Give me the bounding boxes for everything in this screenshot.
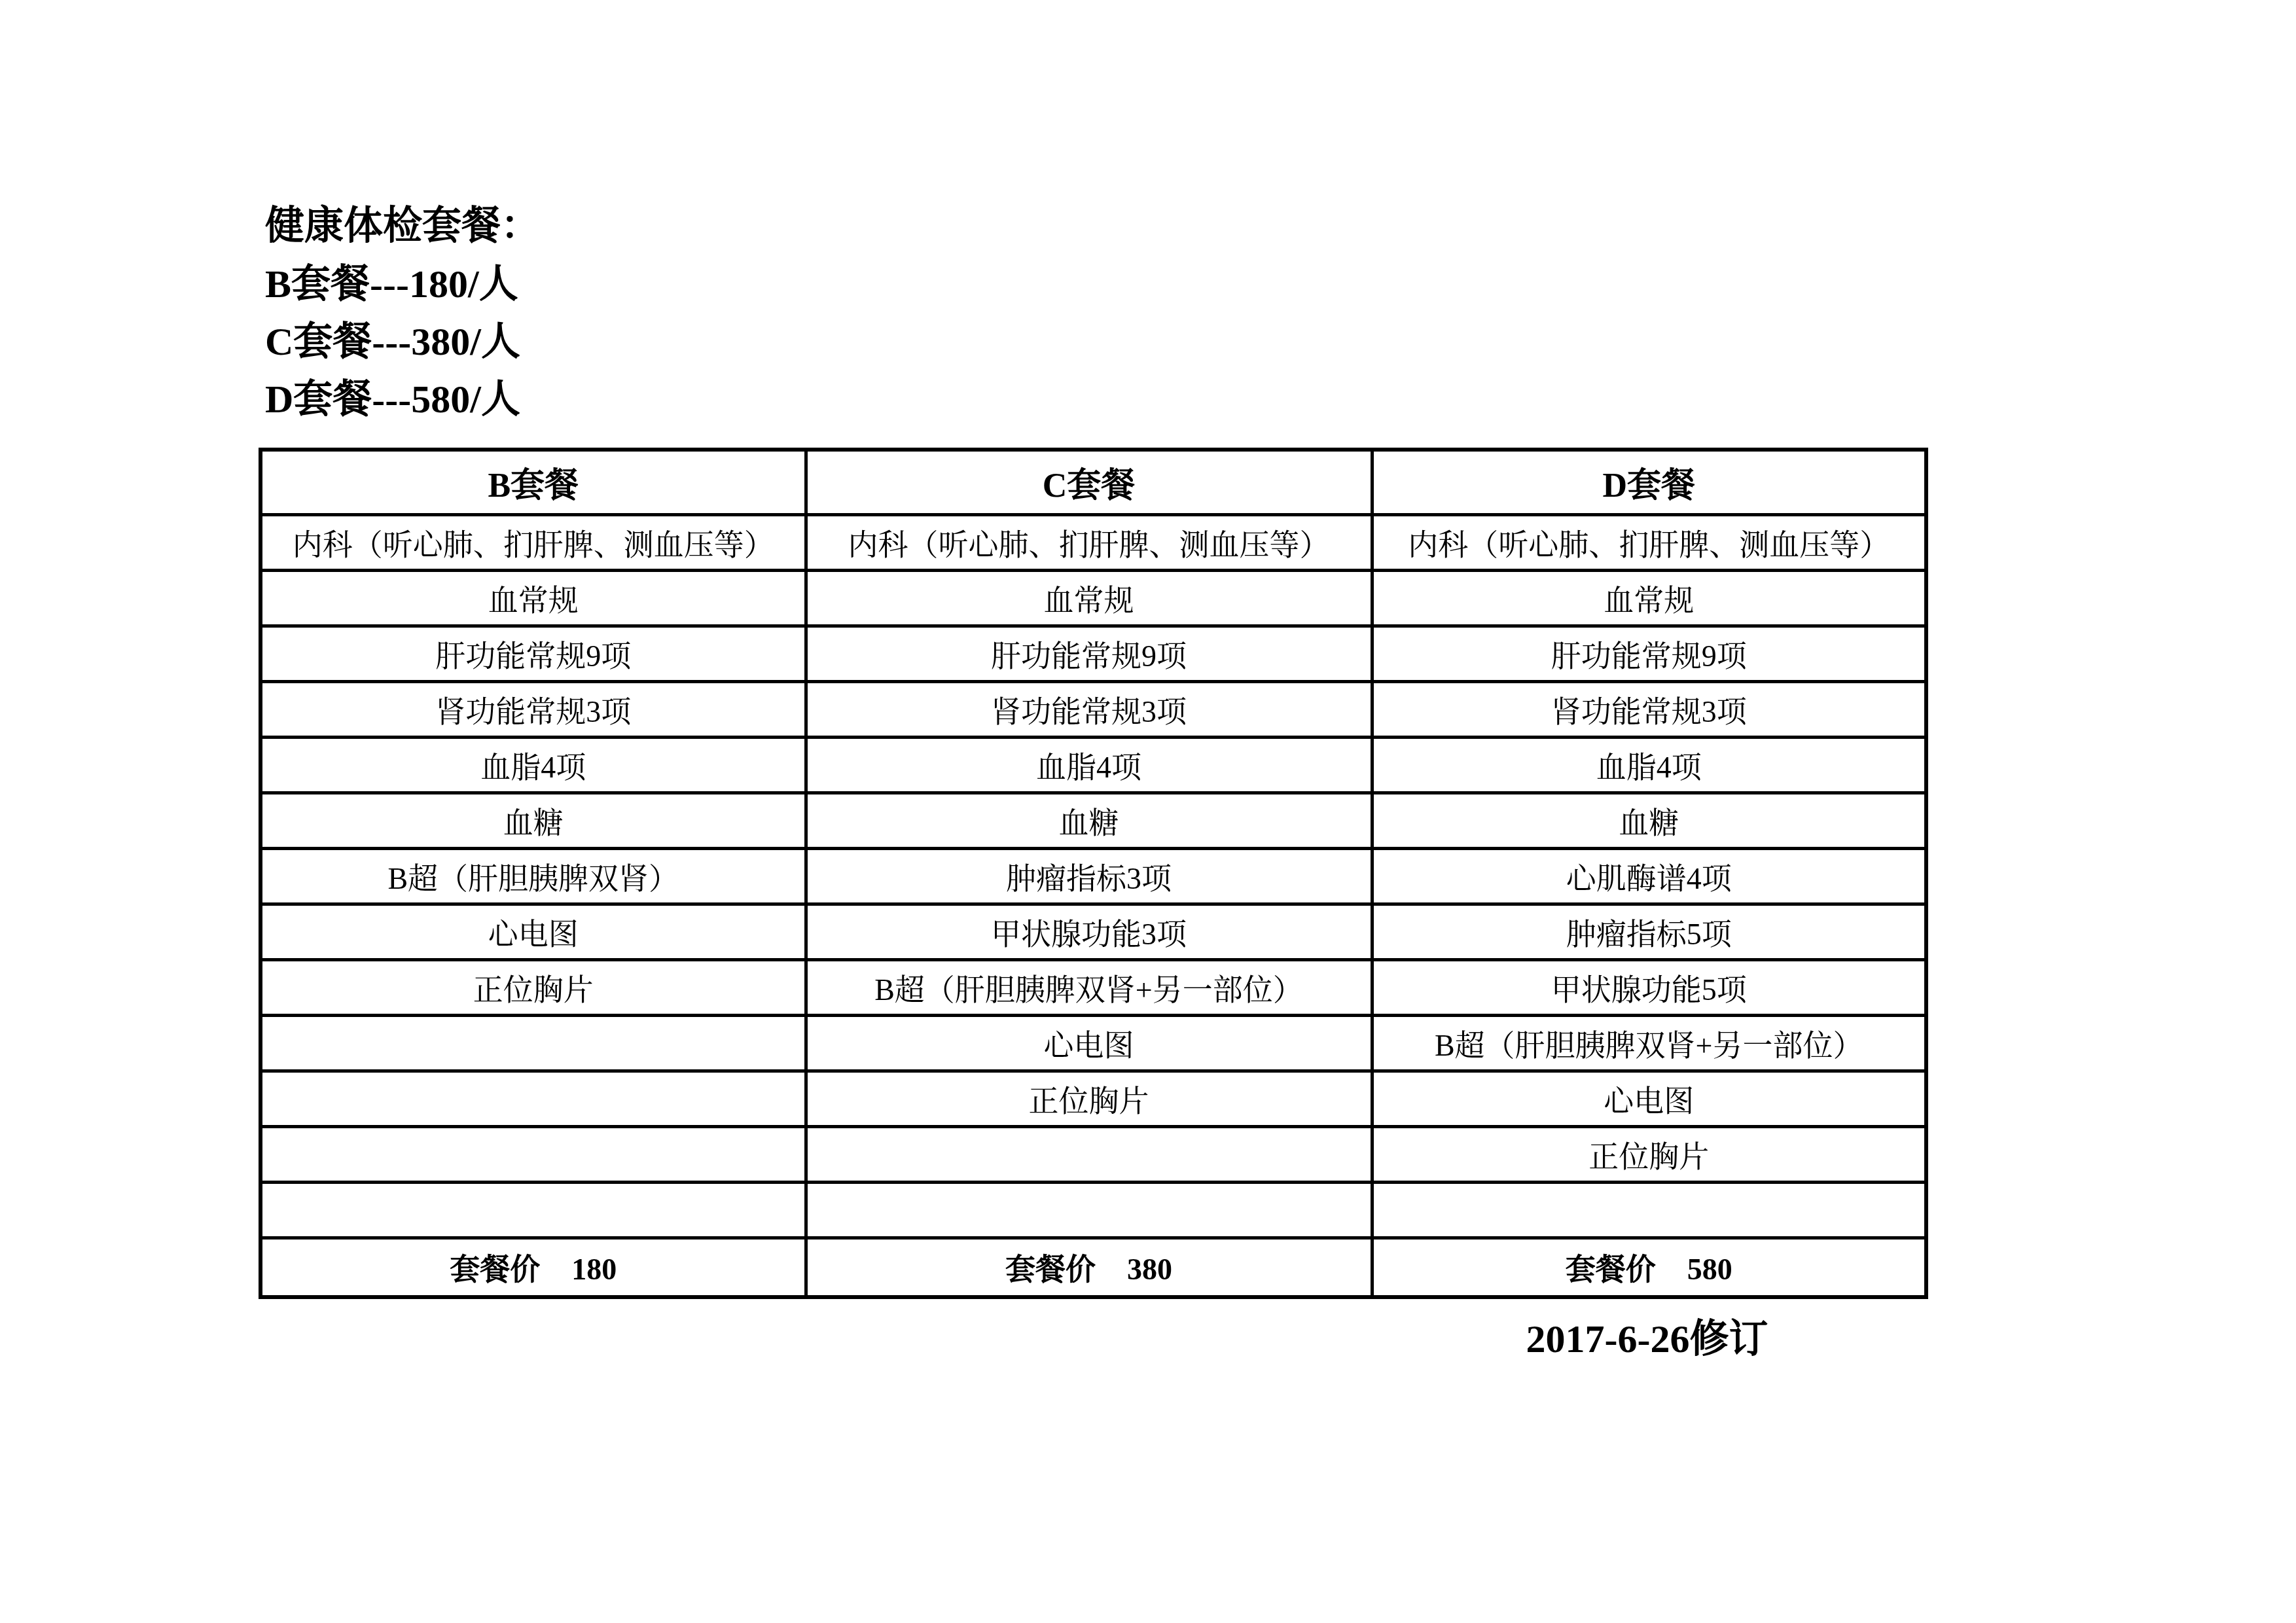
table-row: 肝功能常规9项 肝功能常规9项 肝功能常规9项: [260, 626, 1926, 681]
table-row: 正位胸片 心电图: [260, 1071, 1926, 1126]
table-cell: 正位胸片: [260, 959, 806, 1015]
document-page: 健康体检套餐： B套餐---180/人 C套餐---380/人 D套餐---58…: [0, 0, 2296, 1623]
table-cell: [260, 1015, 806, 1071]
table-row: 心电图 B超（肝胆胰脾双肾+另一部位）: [260, 1015, 1926, 1071]
package-d-header: D套餐: [1372, 450, 1926, 514]
package-b-price-line: B套餐---180/人: [265, 255, 540, 313]
table-cell: 正位胸片: [1372, 1126, 1926, 1182]
package-c-price-line: C套餐---380/人: [265, 313, 540, 370]
price-label: 套餐价: [1566, 1253, 1656, 1286]
table-cell: 肝功能常规9项: [806, 626, 1372, 681]
package-c-price-cell: 套餐价380: [806, 1238, 1372, 1297]
package-table: B套餐 C套餐 D套餐 内科（听心肺、扪肝脾、测血压等） 内科（听心肺、扪肝脾、…: [259, 448, 1928, 1299]
table-cell: 内科（听心肺、扪肝脾、测血压等）: [260, 514, 806, 570]
table-cell: B超（肝胆胰脾双肾+另一部位）: [806, 959, 1372, 1015]
table-cell: 内科（听心肺、扪肝脾、测血压等）: [806, 514, 1372, 570]
package-b-header: B套餐: [260, 450, 806, 514]
table-cell: 肾功能常规3项: [260, 681, 806, 737]
price-label: 套餐价: [450, 1253, 540, 1286]
table-cell: 肝功能常规9项: [260, 626, 806, 681]
price-value: 380: [1127, 1253, 1172, 1286]
table-row: 肾功能常规3项 肾功能常规3项 肾功能常规3项: [260, 681, 1926, 737]
table-cell: 心电图: [806, 1015, 1372, 1071]
table-cell: 血糖: [260, 793, 806, 848]
table-cell: 甲状腺功能3项: [806, 904, 1372, 959]
table-cell: 内科（听心肺、扪肝脾、测血压等）: [1372, 514, 1926, 570]
footer-zone: 2017-6-26修订: [1370, 1311, 1924, 1366]
table-row: B超（肝胆胰脾双肾） 肿瘤指标3项 心肌酶谱4项: [260, 848, 1926, 904]
package-d-price-cell: 套餐价580: [1372, 1238, 1926, 1297]
table-cell: 正位胸片: [806, 1071, 1372, 1126]
price-value: 580: [1687, 1253, 1732, 1286]
intro-block: 健康体检套餐： B套餐---180/人 C套餐---380/人 D套餐---58…: [265, 196, 540, 428]
revision-date: 2017-6-26修订: [1370, 1311, 1924, 1366]
table-cell: 肾功能常规3项: [806, 681, 1372, 737]
table-cell: [806, 1182, 1372, 1238]
table-cell: 心肌酶谱4项: [1372, 848, 1926, 904]
table-cell: 心电图: [260, 904, 806, 959]
table-cell: 肝功能常规9项: [1372, 626, 1926, 681]
table-cell: 肾功能常规3项: [1372, 681, 1926, 737]
table-row: 心电图 甲状腺功能3项 肿瘤指标5项: [260, 904, 1926, 959]
table-row: 血糖 血糖 血糖: [260, 793, 1926, 848]
table-cell: 血常规: [260, 570, 806, 626]
table-cell: 肿瘤指标3项: [806, 848, 1372, 904]
package-d-price-line: D套餐---580/人: [265, 370, 540, 428]
table-cell: 甲状腺功能5项: [1372, 959, 1926, 1015]
table-cell: [806, 1126, 1372, 1182]
table-cell: 肿瘤指标5项: [1372, 904, 1926, 959]
table-row: 血常规 血常规 血常规: [260, 570, 1926, 626]
table-cell: 血常规: [1372, 570, 1926, 626]
table-cell: 血脂4项: [1372, 737, 1926, 793]
table-cell: B超（肝胆胰脾双肾+另一部位）: [1372, 1015, 1926, 1071]
package-c-header: C套餐: [806, 450, 1372, 514]
table-cell: B超（肝胆胰脾双肾）: [260, 848, 806, 904]
table-row: 正位胸片: [260, 1126, 1926, 1182]
price-value: 180: [571, 1253, 617, 1286]
table-row: 内科（听心肺、扪肝脾、测血压等） 内科（听心肺、扪肝脾、测血压等） 内科（听心肺…: [260, 514, 1926, 570]
table-cell: 血常规: [806, 570, 1372, 626]
price-label: 套餐价: [1005, 1253, 1096, 1286]
table-cell: [260, 1126, 806, 1182]
table-cell: [260, 1182, 806, 1238]
table-cell: 血糖: [1372, 793, 1926, 848]
table-row: [260, 1182, 1926, 1238]
package-b-price-cell: 套餐价180: [260, 1238, 806, 1297]
table-row: 血脂4项 血脂4项 血脂4项: [260, 737, 1926, 793]
table-cell: [1372, 1182, 1926, 1238]
price-row: 套餐价180 套餐价380 套餐价580: [260, 1238, 1926, 1297]
table-cell: 心电图: [1372, 1071, 1926, 1126]
table-cell: [260, 1071, 806, 1126]
table-cell: 血脂4项: [806, 737, 1372, 793]
page-title: 健康体检套餐：: [265, 196, 540, 255]
table-header-row: B套餐 C套餐 D套餐: [260, 450, 1926, 514]
table-cell: 血糖: [806, 793, 1372, 848]
table-cell: 血脂4项: [260, 737, 806, 793]
table-row: 正位胸片 B超（肝胆胰脾双肾+另一部位） 甲状腺功能5项: [260, 959, 1926, 1015]
